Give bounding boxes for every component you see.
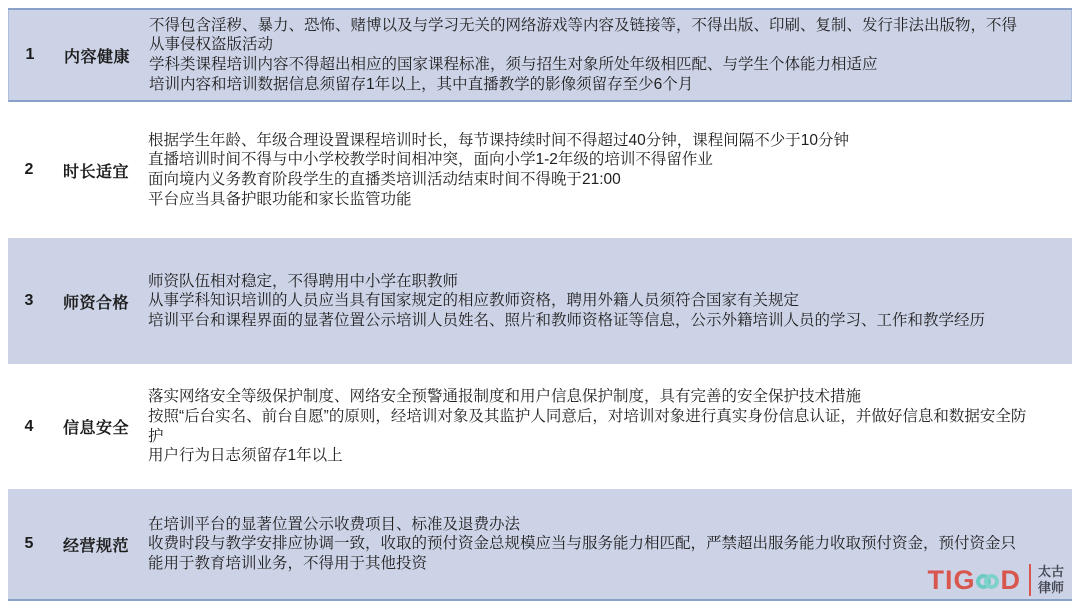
logo-firm-name: 太古 律师 bbox=[1038, 564, 1064, 595]
row-category: 内容健康 bbox=[51, 44, 143, 67]
row-number: 1 bbox=[9, 46, 51, 64]
row-content: 落实网络安全等级保护制度、网络安全预警通报制度和用户信息保护制度，具有完善的安全… bbox=[142, 379, 1072, 473]
row-number: 5 bbox=[8, 535, 50, 553]
logo-divider bbox=[1029, 564, 1031, 596]
row-number: 4 bbox=[8, 418, 50, 436]
row-content: 不得包含淫秽、暴力、恐怖、赌博以及与学习无关的网络游戏等内容及链接等，不得出版、… bbox=[143, 8, 1071, 102]
table-row-content-health: 1 内容健康 不得包含淫秽、暴力、恐怖、赌博以及与学习无关的网络游戏等内容及链接… bbox=[8, 10, 1072, 102]
logo-interlocked-rings-icon bbox=[976, 574, 999, 589]
table-row-info-security: 4 信息安全 落实网络安全等级保护制度、网络安全预警通报制度和用户信息保护制度，… bbox=[8, 364, 1072, 489]
row-number: 3 bbox=[8, 292, 50, 310]
table-row-duration: 2 时长适宜 根据学生年龄、年级合理设置课程培训时长，每节课持续时间不得超过40… bbox=[8, 102, 1072, 238]
table-row-business-standards: 5 经营规范 在培训平台的显著位置公示收费项目、标准及退费办法 收费时段与教学安… bbox=[8, 489, 1072, 599]
logo-text-d: D bbox=[1000, 567, 1021, 594]
row-category: 经营规范 bbox=[50, 533, 142, 556]
row-content: 根据学生年龄、年级合理设置课程培训时长，每节课持续时间不得超过40分钟，课程间隔… bbox=[142, 123, 1072, 217]
tigood-logo: TIG D 太古 律师 bbox=[927, 564, 1064, 596]
logo-firm-line2: 律师 bbox=[1038, 580, 1064, 596]
logo-firm-line1: 太古 bbox=[1038, 564, 1064, 580]
row-category: 信息安全 bbox=[50, 415, 142, 438]
row-category: 时长适宜 bbox=[50, 159, 142, 182]
logo-text-tig: TIG bbox=[927, 567, 975, 594]
row-category: 师资合格 bbox=[50, 290, 142, 313]
table-row-teacher-qualification: 3 师资合格 师资队伍相对稳定，不得聘用中小学在职教师 从事学科知识培训的人员应… bbox=[8, 238, 1072, 364]
row-number: 2 bbox=[8, 161, 50, 179]
row-content: 师资队伍相对稳定，不得聘用中小学在职教师 从事学科知识培训的人员应当具有国家规定… bbox=[142, 264, 1072, 339]
logo-ring-icon bbox=[984, 574, 999, 589]
tigood-wordmark: TIG D bbox=[927, 567, 1021, 594]
regulation-table: 1 内容健康 不得包含淫秽、暴力、恐怖、赌博以及与学习无关的网络游戏等内容及链接… bbox=[8, 8, 1072, 601]
